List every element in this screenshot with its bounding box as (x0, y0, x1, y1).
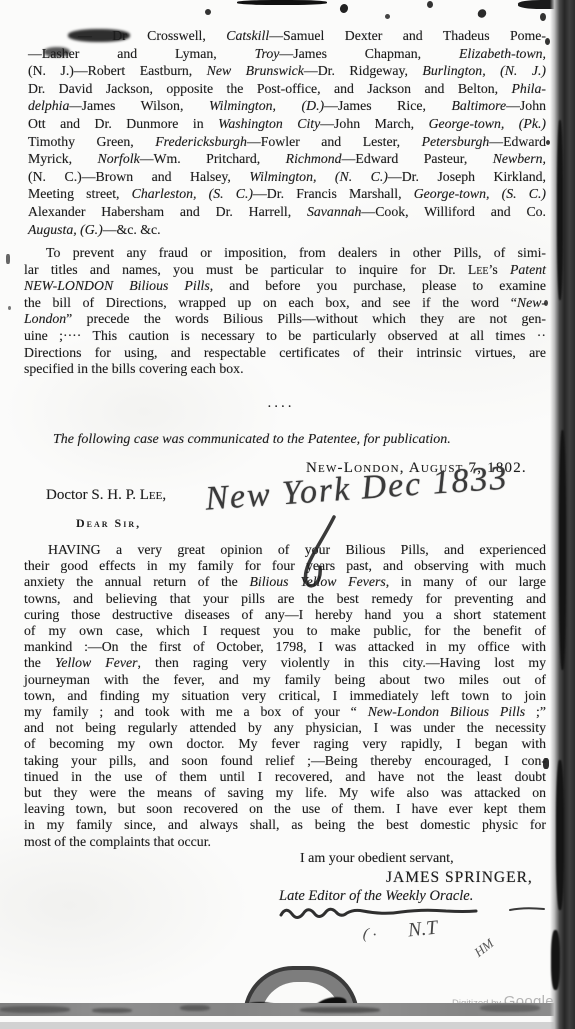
text-line: but they were the means of saving my lif… (24, 785, 546, 801)
section-separator: .... (268, 398, 295, 410)
scan-bottom-strip (0, 1022, 575, 1029)
text-line: lar titles and names, you must be partic… (24, 262, 546, 279)
handwritten-mark: ( · (362, 925, 378, 945)
text-line: of becoming my own doctor. My fever ragi… (24, 736, 546, 752)
text-line: towns, and believing that your pills are… (24, 591, 546, 607)
text-line: (N. C.)—Brown and Halsey, Wilmington, (N… (28, 168, 546, 186)
text-line: London” precede the words Bilious Pills—… (24, 311, 546, 328)
text-line: specified in the bills covering each box… (24, 361, 546, 378)
ink-speck (205, 9, 211, 15)
scan-band-patch (300, 1007, 380, 1013)
text-line: Augusta, (G.)—&c. &c. (28, 221, 546, 239)
text-line: —Lasher and Lyman, Troy—James Chapman, E… (28, 45, 546, 63)
counterfeit-warning-paragraph: To prevent any fraud or imposition, from… (24, 245, 546, 378)
text-line: Dr. David Jackson, opposite the Post-off… (28, 80, 546, 98)
text-line: leaving town, but soon recovered on the … (24, 801, 546, 817)
salutation-line: Dear Sir, (76, 516, 141, 531)
ink-speck (540, 13, 546, 21)
text-line: Timothy Green, Fredericksburgh—Fowler an… (28, 133, 546, 151)
scan-band-patch (92, 1008, 132, 1013)
text-line: Alexander Habersham and Dr. Harrell, Sav… (28, 203, 546, 221)
text-line: delphia—James Wilson, Wilmington, (D.)—J… (28, 97, 546, 115)
closing-signature-name: JAMES SPRINGER, (386, 869, 533, 887)
text-line: in my family since, and always shall, as… (24, 817, 546, 833)
ink-speck (8, 306, 11, 310)
text-line: journeyman with the fever, and my family… (24, 672, 546, 688)
text-line: curing those destructive diseases of any… (24, 607, 546, 623)
text-line: HAVING a very great opinion of your Bili… (24, 542, 546, 558)
text-line: of my own case, which I request you to m… (24, 623, 546, 639)
scan-band-patch (480, 1004, 540, 1012)
agents-list-paragraph: — Dr Crosswell, Catskill—Samuel Dexter a… (28, 27, 546, 238)
text-line: NEW-LONDON Bilious Pills, and before you… (24, 278, 546, 295)
letter-body-paragraph: HAVING a very great opinion of your Bili… (24, 542, 546, 850)
case-intro-line: The following case was communicated to t… (53, 432, 451, 448)
text-line: Myrick, Norfolk—Wm. Pritchard, Richmond—… (28, 150, 546, 168)
page-edge-streak (559, 430, 566, 670)
handwritten-initials: N.T (407, 917, 439, 943)
text-line: Ott and Dr. Dunmore in Washington City—J… (28, 115, 546, 133)
text-line: To prevent any fraud or imposition, from… (24, 245, 546, 262)
text-line: and not being regularly attended by any … (24, 720, 546, 736)
text-line: — Dr Crosswell, Catskill—Samuel Dexter a… (28, 27, 546, 45)
ink-speck (476, 7, 488, 19)
closing-servant-line: I am your obedient servant, (300, 851, 454, 867)
text-line: most of the complaints that occur. (24, 834, 546, 850)
text-line: the bill of Directions, wrapped up on ea… (24, 295, 546, 312)
text-line: Meeting street, Charleston, (S. C.)—Dr. … (28, 185, 546, 203)
text-line: (N. J.)—Robert Eastburn, New Brunswick—D… (28, 62, 546, 80)
text-line: my family ; and took with me a box of yo… (24, 704, 546, 720)
scan-band-patch (180, 1005, 210, 1011)
text-line: their good effects in my family for four… (24, 558, 546, 574)
text-line: anxiety the annual return of the Bilious… (24, 574, 546, 590)
text-line: tinued in the use of them until I recove… (24, 769, 546, 785)
ink-speck (6, 254, 10, 264)
text-line: Directions for using, and respectable ce… (24, 345, 546, 362)
text-line: taking your pills, and soon found relief… (24, 753, 546, 769)
page-edge-streak (557, 120, 563, 300)
page-edge-streak (556, 760, 564, 910)
ink-speck (427, 1, 433, 8)
ink-speck (339, 3, 350, 14)
text-line: uine ;···· This caution is necessary to … (24, 328, 546, 345)
addressee-line: Doctor S. H. P. Lee, (46, 487, 166, 504)
ink-speck (385, 14, 390, 19)
page-edge-streak (551, 930, 560, 990)
handwritten-initials: HM (471, 935, 497, 960)
text-line: town, and finding my situation very crit… (24, 688, 546, 704)
text-line: the Yellow Fever, then raging very viole… (24, 655, 546, 671)
scanned-document-page: — Dr Crosswell, Catskill—Samuel Dexter a… (0, 0, 575, 1029)
ink-speck (237, 0, 327, 5)
scan-band-patch (0, 1006, 70, 1013)
text-line: mankind :—On the first of October, 1798,… (24, 639, 546, 655)
